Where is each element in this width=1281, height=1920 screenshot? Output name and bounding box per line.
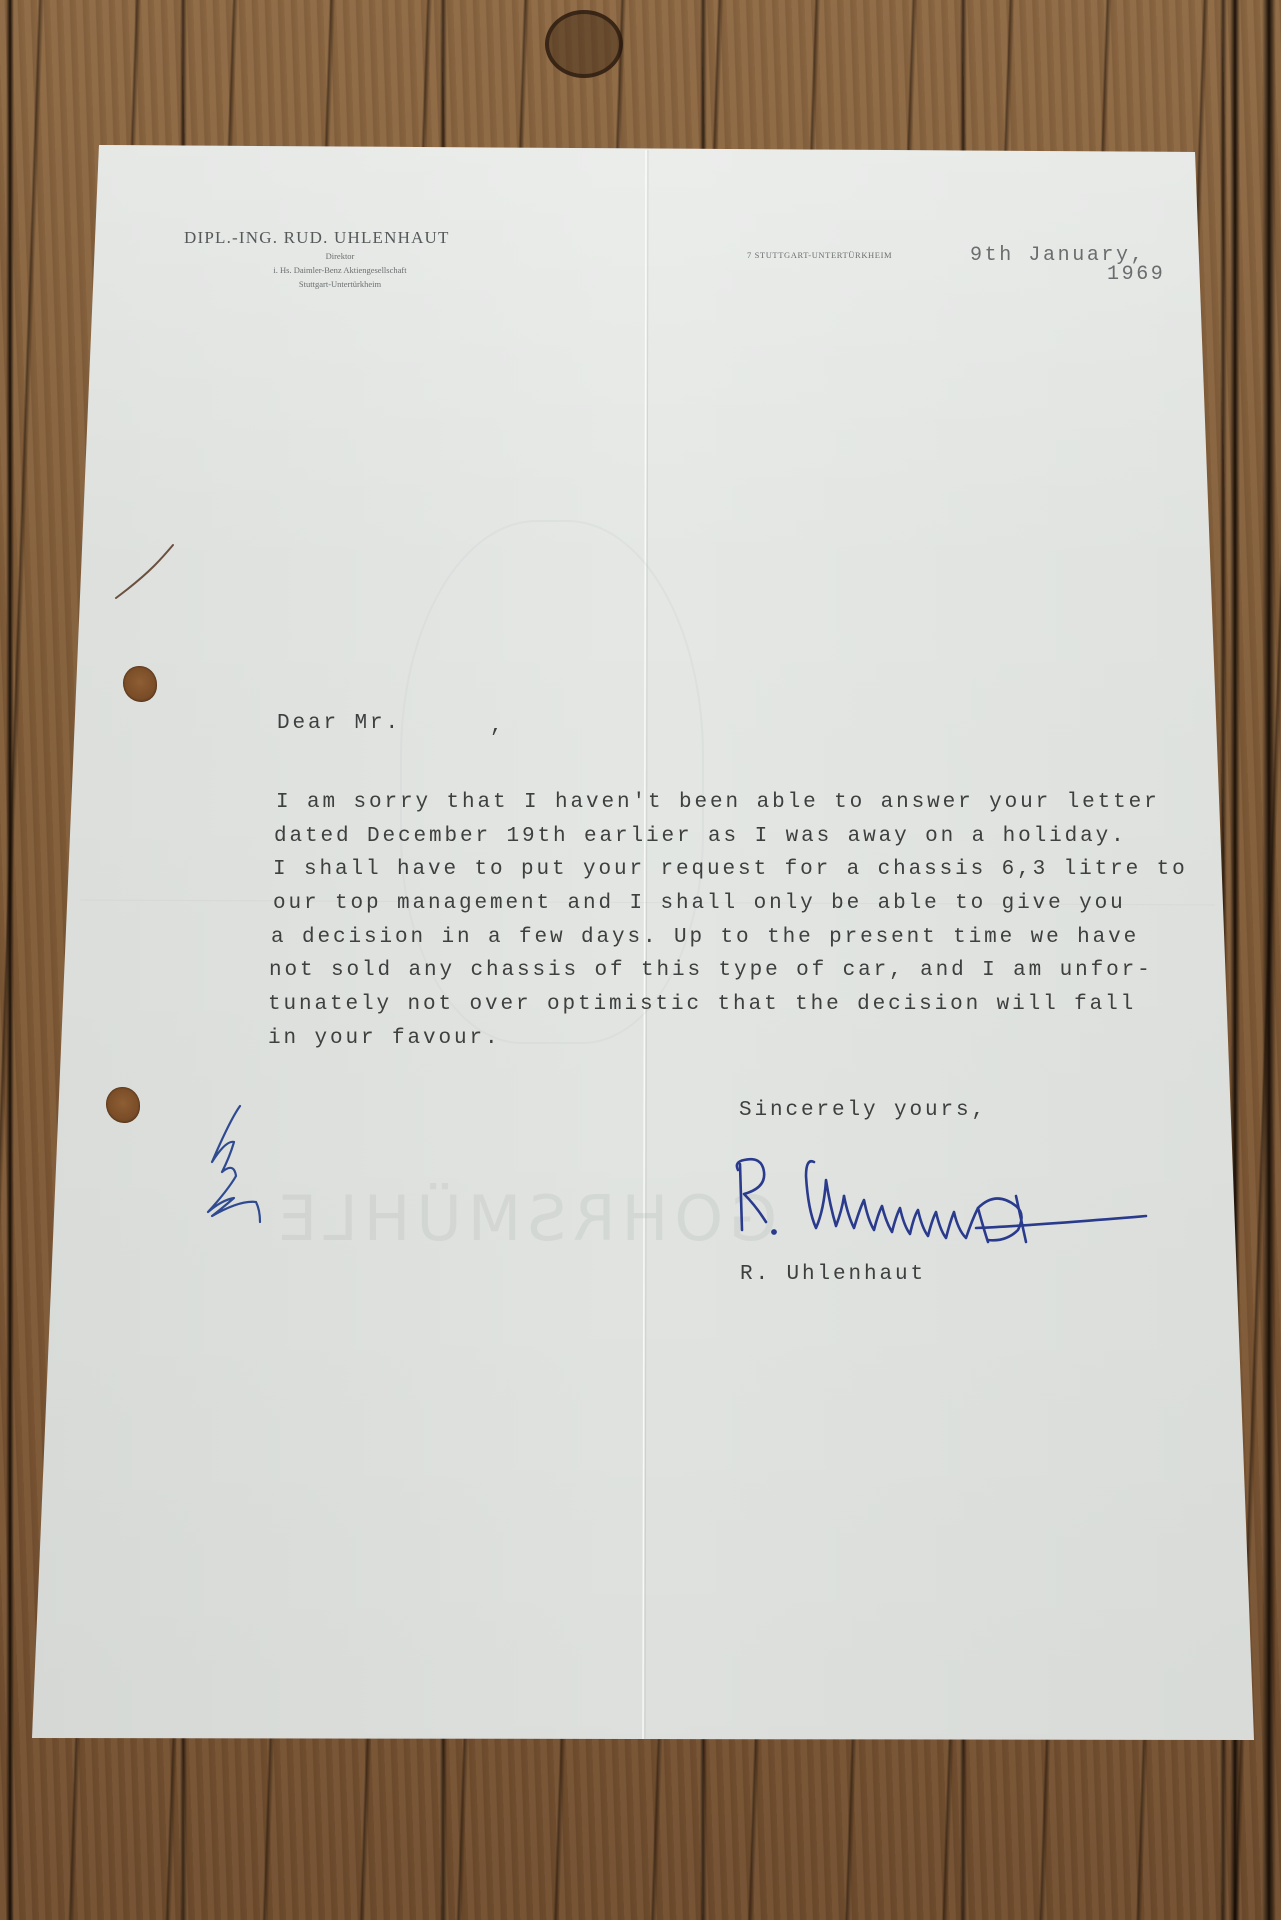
body-line: in your favour.: [268, 1028, 501, 1049]
salutation-comma: ,: [490, 716, 506, 737]
letterhead-title: Direktor: [190, 251, 490, 261]
wood-seam: [6, 0, 14, 1920]
body-line: our top management and I shall only be a…: [273, 893, 1126, 914]
letterhead-city: Stuttgart-Untertürkheim: [190, 279, 490, 289]
handwritten-initials: [200, 1100, 270, 1230]
body-line: I shall have to put your request for a c…: [273, 859, 1188, 880]
paper-watermark: GOHRSMÜHLE: [272, 1182, 777, 1255]
handwritten-signature: [726, 1150, 1166, 1260]
body-line: tunately not over optimistic that the de…: [268, 994, 1136, 1015]
wood-knot: [545, 10, 623, 78]
body-line: not sold any chassis of this type of car…: [269, 960, 1153, 981]
letterhead-company: i. Hs. Daimler-Benz Aktiengesellschaft: [190, 265, 490, 275]
pencil-mark: [110, 530, 180, 600]
date-line-2: 1969: [1107, 265, 1165, 285]
closing-text: Sincerely yours,: [739, 1100, 987, 1121]
punch-hole-bottom: [106, 1087, 140, 1123]
body-line: dated December 19th earlier as I was awa…: [274, 826, 1127, 847]
wood-seam: [1262, 0, 1276, 1920]
body-line: I am sorry that I haven't been able to a…: [276, 792, 1160, 813]
salutation: Dear Mr.: [277, 713, 401, 734]
letterhead-place: 7 Stuttgart-Untertürkheim: [747, 250, 892, 260]
body-line: a decision in a few days. Up to the pres…: [271, 927, 1139, 948]
punch-hole-top: [123, 666, 157, 702]
typed-signatory-name: R. Uhlenhaut: [740, 1264, 926, 1285]
letterhead-name: DIPL.-ING. RUD. UHLENHAUT: [184, 228, 450, 248]
